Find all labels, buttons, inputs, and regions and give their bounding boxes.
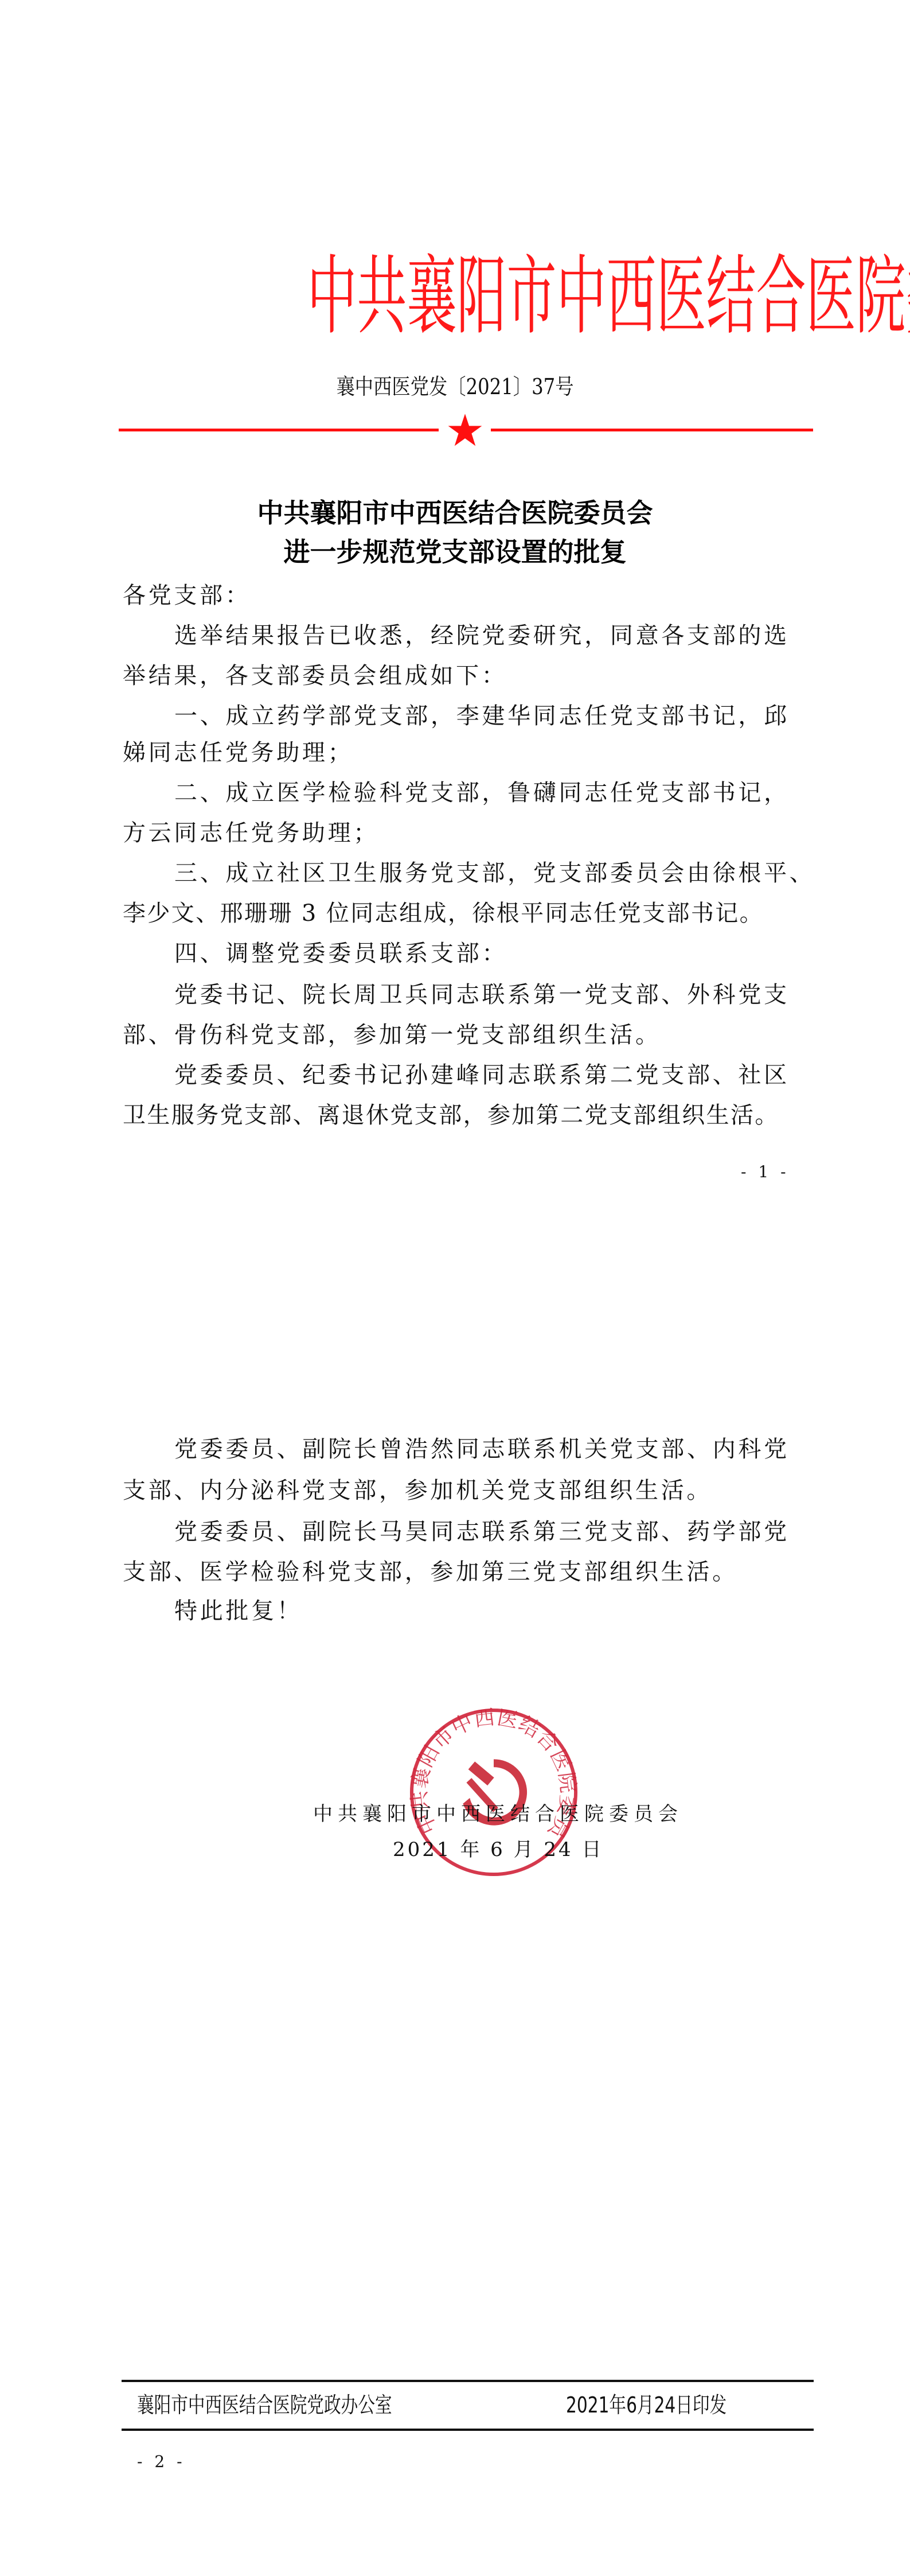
body-line: 党委委员、纪委书记孙建峰同志联系第二党支部、社区 — [174, 1063, 790, 1088]
body-line: 支部、医学检验科党支部，参加第三党支部组织生活。 — [123, 1559, 738, 1585]
footer-issued-date: 2021年6月24日印发 — [566, 2394, 727, 2417]
document-number: 襄中西医党发〔2021〕37号 — [68, 374, 842, 399]
body-line: 部、骨伤科党支部，参加第一党支部组织生活。 — [123, 1022, 661, 1048]
body-line: 支部、内分泌科党支部，参加机关党支部组织生活。 — [123, 1478, 712, 1503]
page-number: - 2 - — [137, 2453, 186, 2470]
body-line: 选举结果报告已收悉，经院党委研究，同意各支部的选 — [174, 623, 790, 648]
red-rule-right — [491, 429, 813, 431]
body-line: 党委委员、副院长曾浩然同志联系机关党支部、内科党 — [174, 1437, 790, 1462]
body-line: 二、成立医学检验科党支部，鲁礴同志任党支部书记， — [174, 780, 790, 806]
body-line: 李少文、邢珊珊 3 位同志组成，徐根平同志任党支部书记。 — [123, 901, 764, 926]
closing-line: 特此批复！ — [174, 1598, 303, 1624]
red-star-icon — [448, 414, 482, 447]
body-line: 举结果，各支部委员会组成如下： — [123, 663, 507, 688]
body-line: 党委书记、院长周卫兵同志联系第一党支部、外科党支 — [174, 982, 790, 1007]
masthead-title: 中共襄阳市中西医结合医院委员会文件 — [0, 248, 910, 345]
body-line: 卫生服务党支部、离退休党支部，参加第二党支部组织生活。 — [123, 1103, 779, 1128]
body-line: 三、成立社区卫生服务党支部，党支部委员会由徐根平、 — [174, 861, 815, 886]
body-line: 娣同志任党务助理； — [123, 740, 353, 765]
footer-rule-top — [122, 2380, 814, 2382]
page-number: - 1 - — [741, 1164, 790, 1181]
signature-organization: 中共襄阳市中西医结合医院委员会 — [313, 1803, 683, 1826]
document-heading-line2: 进一步规范党支部设置的批复 — [0, 537, 910, 567]
body-line: 方云同志任党务助理； — [123, 820, 379, 846]
footer-rule-bottom — [122, 2429, 814, 2431]
body-line: 四、调整党委委员联系支部： — [174, 941, 507, 966]
body-line: 党委委员、副院长马昊同志联系第三党支部、药学部党 — [174, 1519, 790, 1544]
signature-date: 2021 年 6 月 24 日 — [393, 1838, 603, 1861]
salutation: 各党支部： — [123, 583, 251, 608]
masthead-title-text: 中共襄阳市中西医结合医院委员会文件 — [307, 248, 910, 345]
red-rule-left — [119, 429, 439, 431]
footer-issuer: 襄阳市中西医结合医院党政办公室 — [137, 2394, 392, 2417]
document-heading-line1: 中共襄阳市中西医结合医院委员会 — [0, 498, 910, 528]
body-line: 一、成立药学部党支部，李建华同志任党支部书记，邱 — [174, 703, 790, 729]
